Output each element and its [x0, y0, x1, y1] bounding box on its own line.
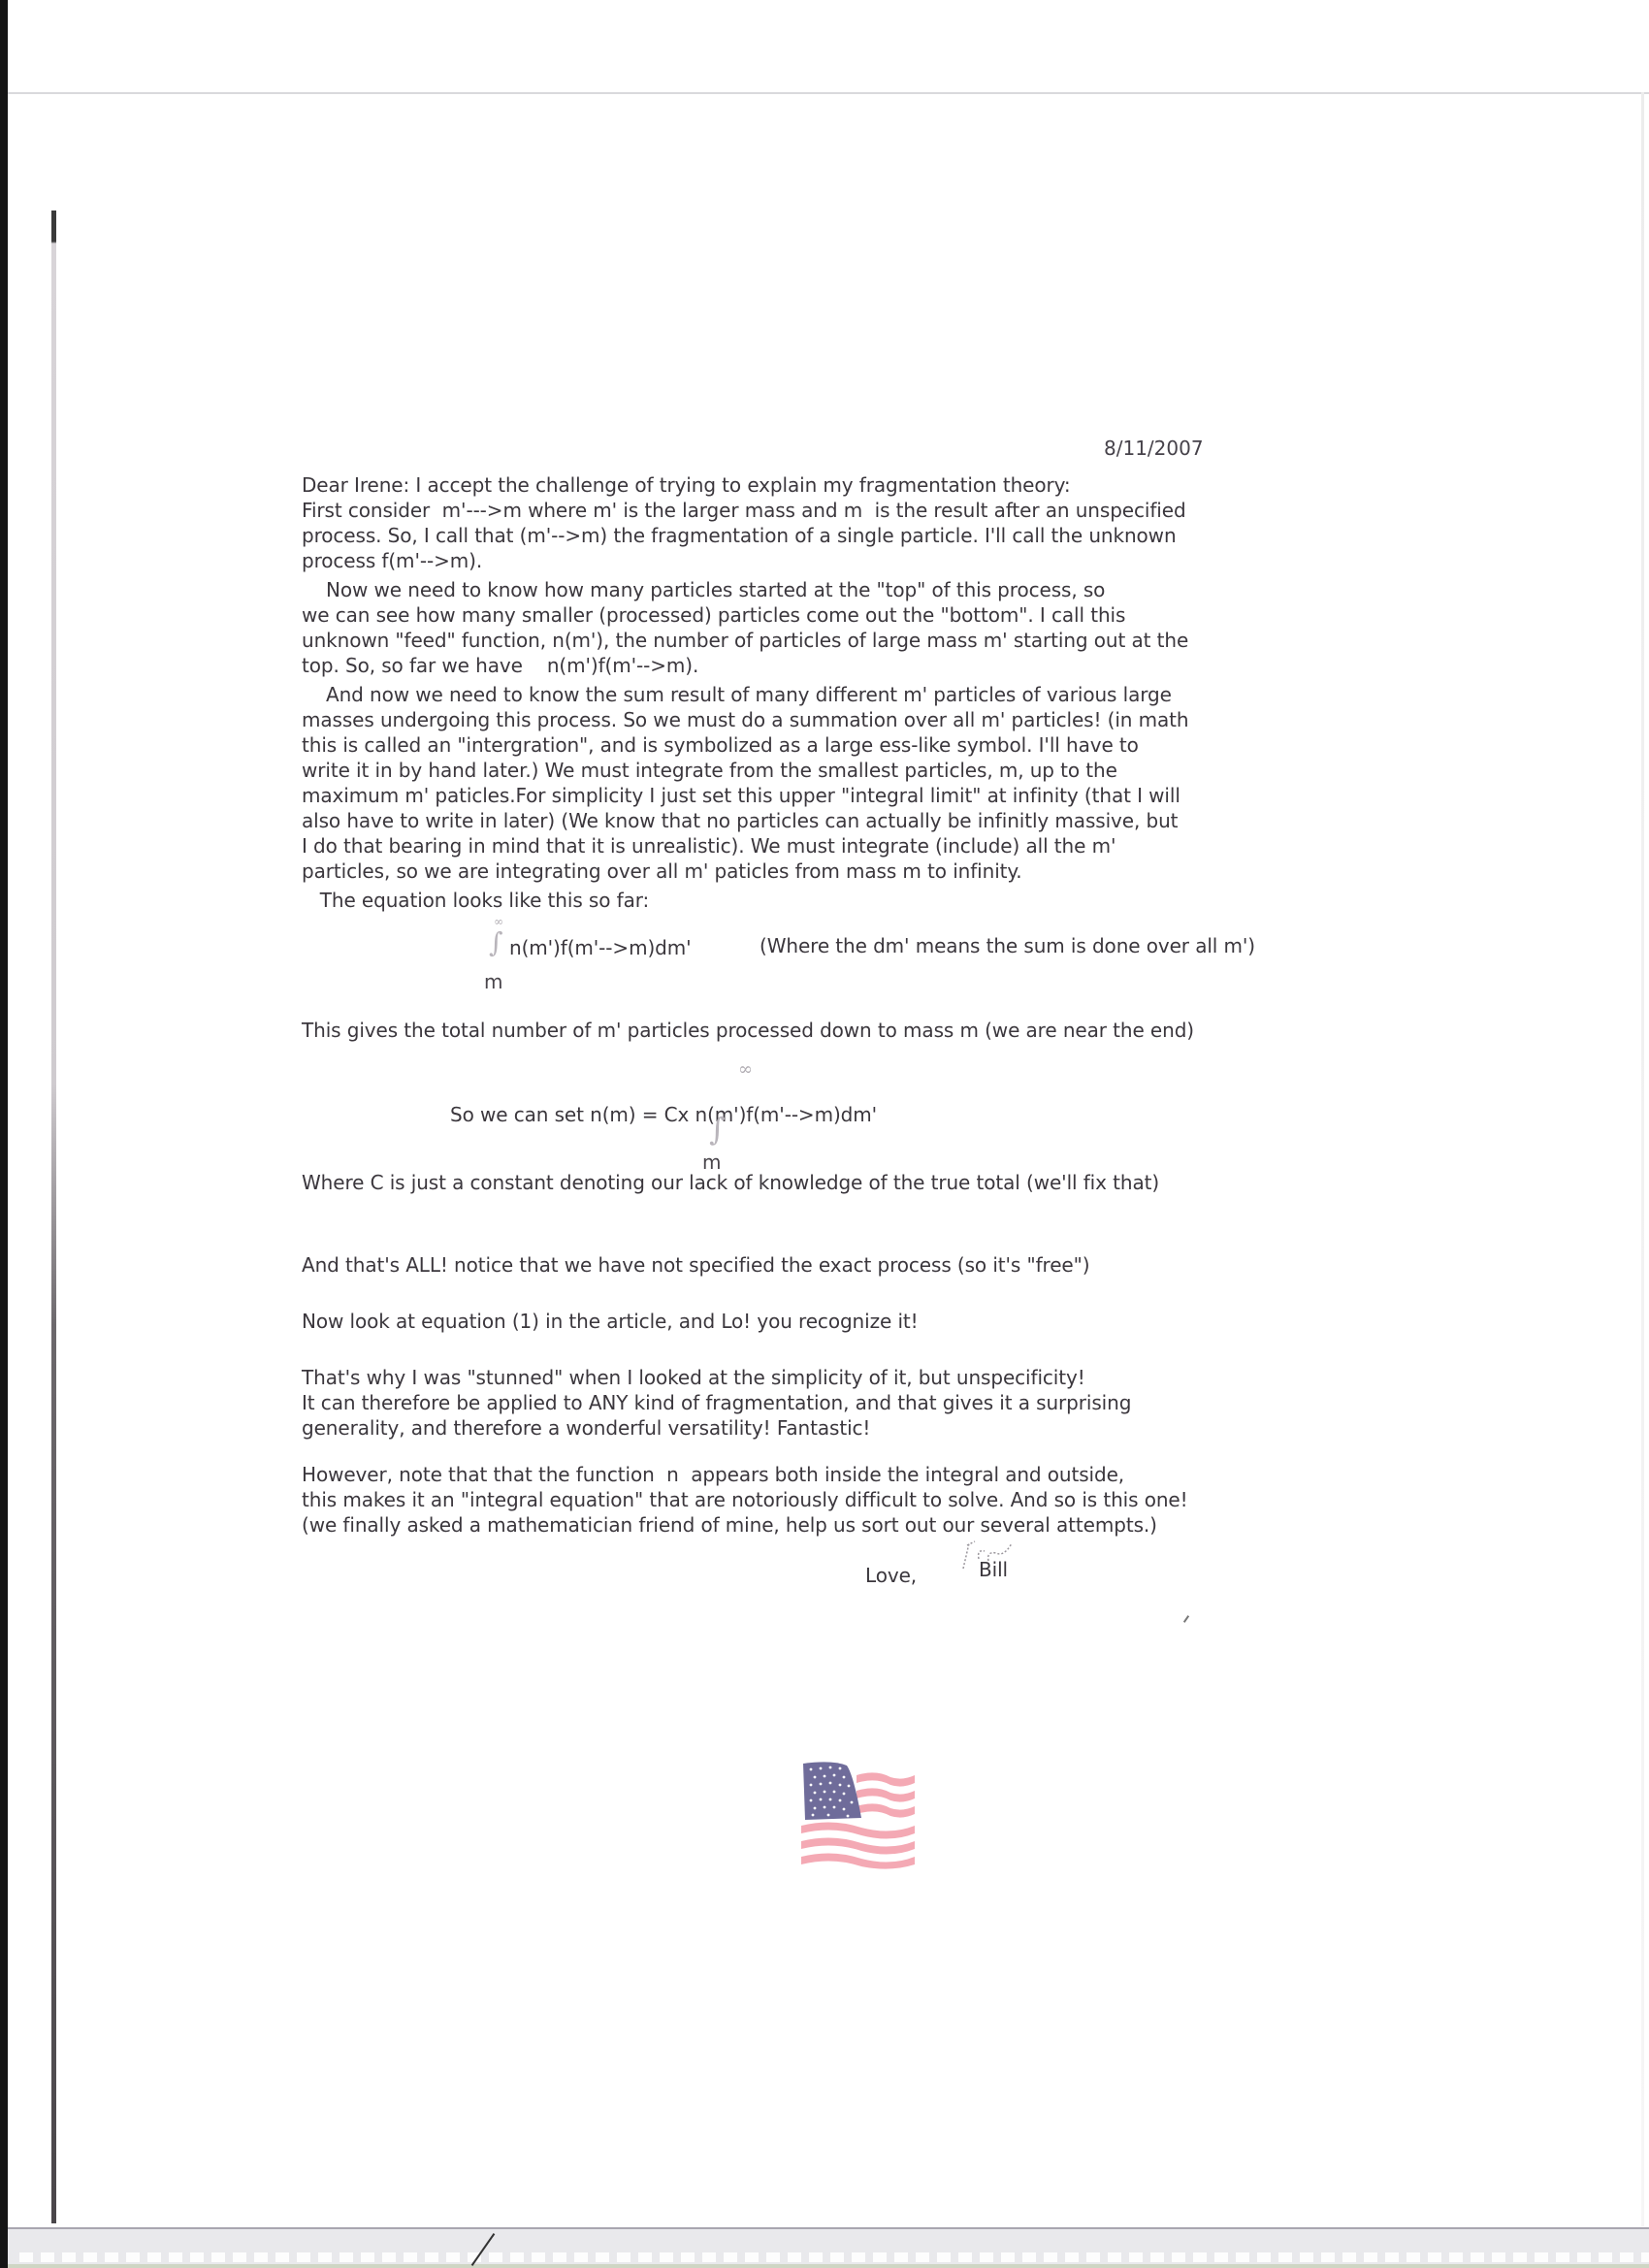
letter-line: process f(m'-->m). — [302, 549, 482, 572]
letter-line: also have to write in later) (We know th… — [302, 809, 1178, 832]
letter-date: 8/11/2007 — [1104, 437, 1204, 460]
letter-line: And now we need to know the sum result o… — [302, 683, 1172, 706]
page-right-edge — [1641, 92, 1644, 2226]
page-top-edge — [8, 92, 1649, 94]
letter-line: top. So, so far we have n(m')f(m'-->m). — [302, 654, 698, 677]
letter-line: Dear Irene: I accept the challenge of tr… — [302, 473, 1071, 497]
integral-sign-icon: ∫ — [489, 929, 503, 956]
integral-upper-limit: ∞ — [738, 1059, 753, 1080]
letter-line: It can therefore be applied to ANY kind … — [302, 1391, 1131, 1414]
equation-1-note: (Where the dm' means the sum is done ove… — [760, 934, 1255, 957]
integral-lower-limit: m — [484, 970, 502, 993]
letter-line: Now look at equation (1) in the article,… — [302, 1310, 919, 1333]
american-flag-icon — [793, 1756, 920, 1872]
letter-line: That's why I was "stunned" when I looked… — [302, 1366, 1085, 1389]
stray-pen-mark — [1183, 1615, 1189, 1623]
integral-sign-icon: ∫ — [709, 1116, 726, 1143]
letter-line: Where C is just a constant denoting our … — [302, 1171, 1159, 1194]
scan-edge-left — [0, 0, 8, 2268]
letter-line: this is called an "intergration", and is… — [302, 733, 1139, 757]
equation-1: n(m')f(m'-->m)dm' — [509, 936, 692, 959]
letter-line: masses undergoing this process. So we mu… — [302, 708, 1189, 731]
letter-line: And that's ALL! notice that we have not … — [302, 1253, 1089, 1277]
letter-line: maximum m' paticles.For simplicity I jus… — [302, 784, 1180, 807]
letter-line: However, note that that the function n a… — [302, 1463, 1124, 1486]
letter-line: write it in by hand later.) We must inte… — [302, 759, 1117, 782]
letter-line: This gives the total number of m' partic… — [302, 1019, 1194, 1042]
letter-line: we can see how many smaller (processed) … — [302, 603, 1125, 627]
letter-line: particles, so we are integrating over al… — [302, 859, 1022, 883]
handwritten-signature-icon — [955, 1538, 1023, 1576]
equation-2: So we can set n(m) = Cx n(m')f(m'-->m)dm… — [450, 1103, 877, 1126]
letter-line: I do that bearing in mind that it is unr… — [302, 834, 1115, 858]
letter-line: Now we need to know how many particles s… — [302, 578, 1105, 601]
signoff: Love, — [865, 1564, 917, 1587]
letter-line: this makes it an "integral equation" tha… — [302, 1488, 1188, 1511]
left-margin-line — [51, 211, 56, 2223]
scanner-bed-bottom — [8, 2264, 1649, 2268]
letter-line: generality, and therefore a wonderful ve… — [302, 1416, 870, 1440]
letter-line: First consider m'--->m where m' is the l… — [302, 499, 1186, 522]
letter-line: (we finally asked a mathematician friend… — [302, 1513, 1157, 1537]
letter-line: The equation looks like this so far: — [302, 889, 649, 912]
letter-line: process. So, I call that (m'-->m) the fr… — [302, 524, 1177, 547]
letter-line: unknown "feed" function, n(m'), the numb… — [302, 629, 1188, 652]
scanner-bed-pattern — [19, 2252, 1649, 2262]
